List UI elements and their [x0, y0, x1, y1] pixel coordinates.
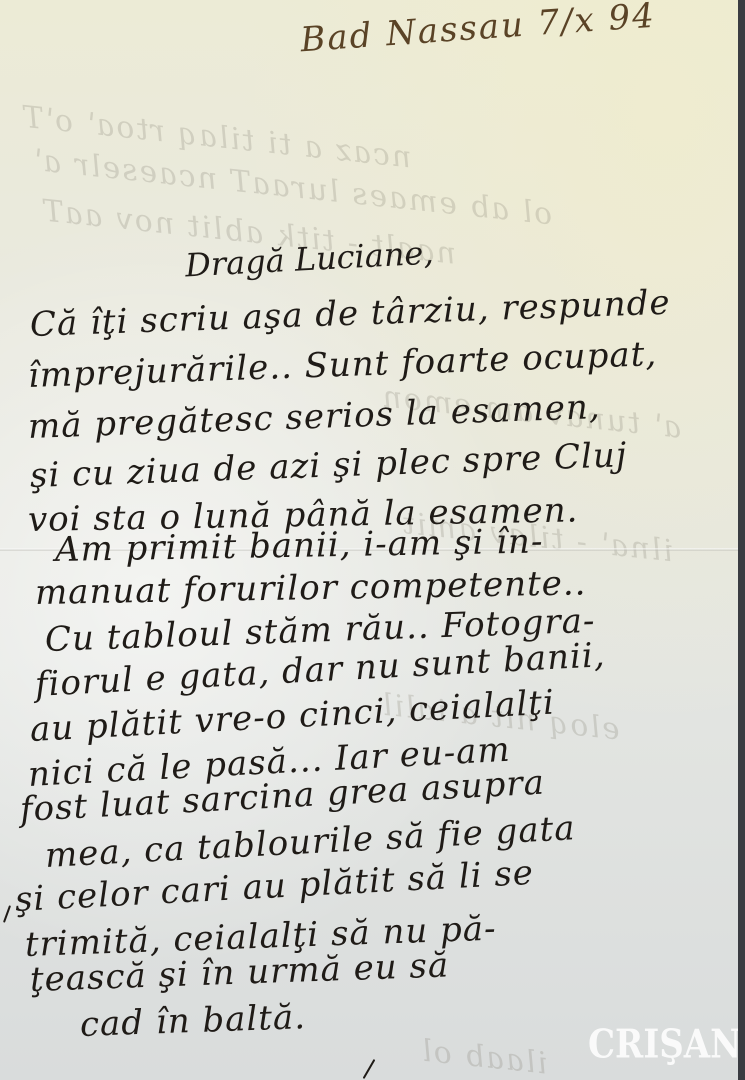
pen-stroke [3, 905, 11, 923]
letter-line: cad în baltă. [79, 997, 306, 1045]
pen-stroke [363, 1059, 376, 1079]
letter-line: mă pregătesc serios la esamen, [27, 387, 601, 447]
place-date: Bad Nassau 7/x 94 [299, 0, 657, 60]
letter-paper: ncaz a ti tilaq rtoa' o'T ol ab emaes lu… [0, 0, 738, 1080]
letter-line: Am primit banii, i-am şi în- [55, 521, 544, 570]
letter-line: şi cu ziua de azi şi plec spre Cluj [29, 435, 628, 496]
letter-line: împrejurările.. Sunt foarte ocupat, [27, 334, 657, 396]
letter-line: Că îţi scriu aşa de târziu, respunde [29, 283, 671, 345]
bleed-through-line: ilaab ol [419, 1033, 549, 1080]
watermark-logo: CRIŞANA [588, 1022, 745, 1068]
